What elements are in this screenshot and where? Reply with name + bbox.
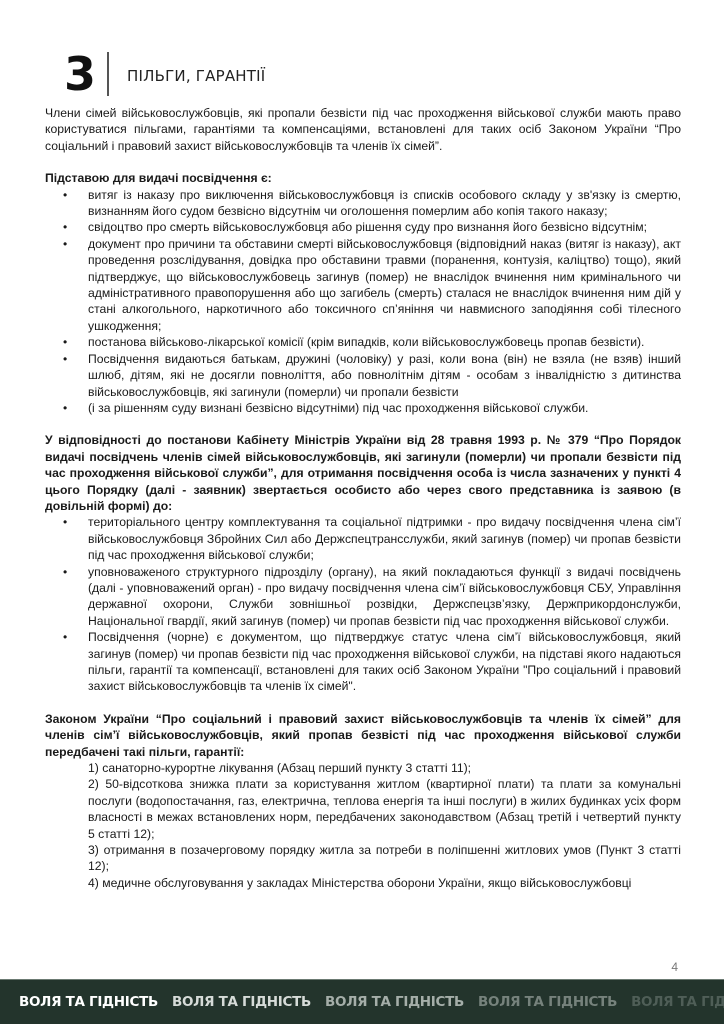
benefits-heading: Законом України “Про соціальний і правов… bbox=[45, 711, 681, 760]
bullet-icon: • bbox=[63, 236, 67, 252]
list-item: •(і за рішенням суду визнані безвісно ві… bbox=[45, 400, 681, 416]
page-number: 4 bbox=[671, 960, 678, 974]
list-item: •Посвідчення (чорне) є документом, що пі… bbox=[45, 629, 681, 695]
footer-banner: ВОЛЯ ТА ГІДНІСТЬ ВОЛЯ ТА ГІДНІСТЬ ВОЛЯ Т… bbox=[0, 979, 724, 1024]
list-item: •витяг із наказу про виключення військов… bbox=[45, 187, 681, 220]
procedure-list: •територіального центру комплектування т… bbox=[45, 514, 681, 694]
basis-list: •витяг із наказу про виключення військов… bbox=[45, 187, 681, 417]
chapter-number: 3 bbox=[64, 51, 95, 97]
list-item: •територіального центру комплектування т… bbox=[45, 514, 681, 563]
bullet-icon: • bbox=[63, 629, 67, 645]
benefits-list: 1) санаторно-курортне лікування (Абзац п… bbox=[45, 760, 681, 891]
list-item: •уповноваженого структурного підрозділу … bbox=[45, 564, 681, 630]
footer-slogan: ВОЛЯ ТА ГІДНІСТЬ bbox=[172, 994, 311, 1010]
page-content: Члени сімей військовослужбовців, які про… bbox=[45, 105, 681, 891]
bullet-icon: • bbox=[63, 187, 67, 203]
list-item: 2) 50-відсоткова знижка плати за користу… bbox=[88, 776, 681, 842]
bullet-icon: • bbox=[63, 400, 67, 416]
bullet-icon: • bbox=[63, 334, 67, 350]
footer-slogan: ВОЛЯ ТА ГІДНІСТЬ bbox=[478, 994, 617, 1010]
basis-heading: Підставою для видачі посвідчення є: bbox=[45, 170, 681, 186]
footer-slogan: ВОЛЯ ТА ГІДНІСТЬ bbox=[19, 994, 158, 1010]
list-item: 1) санаторно-курортне лікування (Абзац п… bbox=[88, 760, 681, 776]
chapter-header: 3 ПІЛЬГИ, ГАРАНТІЇ bbox=[64, 46, 265, 102]
list-item: •свідоцтво про смерть військовослужбовця… bbox=[45, 219, 681, 235]
bullet-icon: • bbox=[63, 219, 67, 235]
footer-slogan: ВОЛЯ ТА ГІДНІСТЬ bbox=[325, 994, 464, 1010]
list-item: 4) медичне обслуговування у закладах Мін… bbox=[88, 875, 681, 891]
footer-slogan: ВОЛЯ ТА ГІДНІСТЬ bbox=[631, 994, 724, 1010]
bullet-icon: • bbox=[63, 564, 67, 580]
bullet-icon: • bbox=[63, 514, 67, 530]
list-item: •Посвідчення видаються батькам, дружині … bbox=[45, 351, 681, 400]
header-divider bbox=[107, 52, 109, 96]
list-item: •постанова військово-лікарської комісії … bbox=[45, 334, 681, 350]
intro-paragraph: Члени сімей військовослужбовців, які про… bbox=[45, 105, 681, 154]
list-item: •документ про причини та обставини смерт… bbox=[45, 236, 681, 334]
chapter-title: ПІЛЬГИ, ГАРАНТІЇ bbox=[127, 67, 265, 85]
bullet-icon: • bbox=[63, 351, 67, 367]
list-item: 3) отримання в позачерговому порядку жит… bbox=[88, 842, 681, 875]
procedure-heading: У відповідності до постанови Кабінету Мі… bbox=[45, 432, 681, 514]
